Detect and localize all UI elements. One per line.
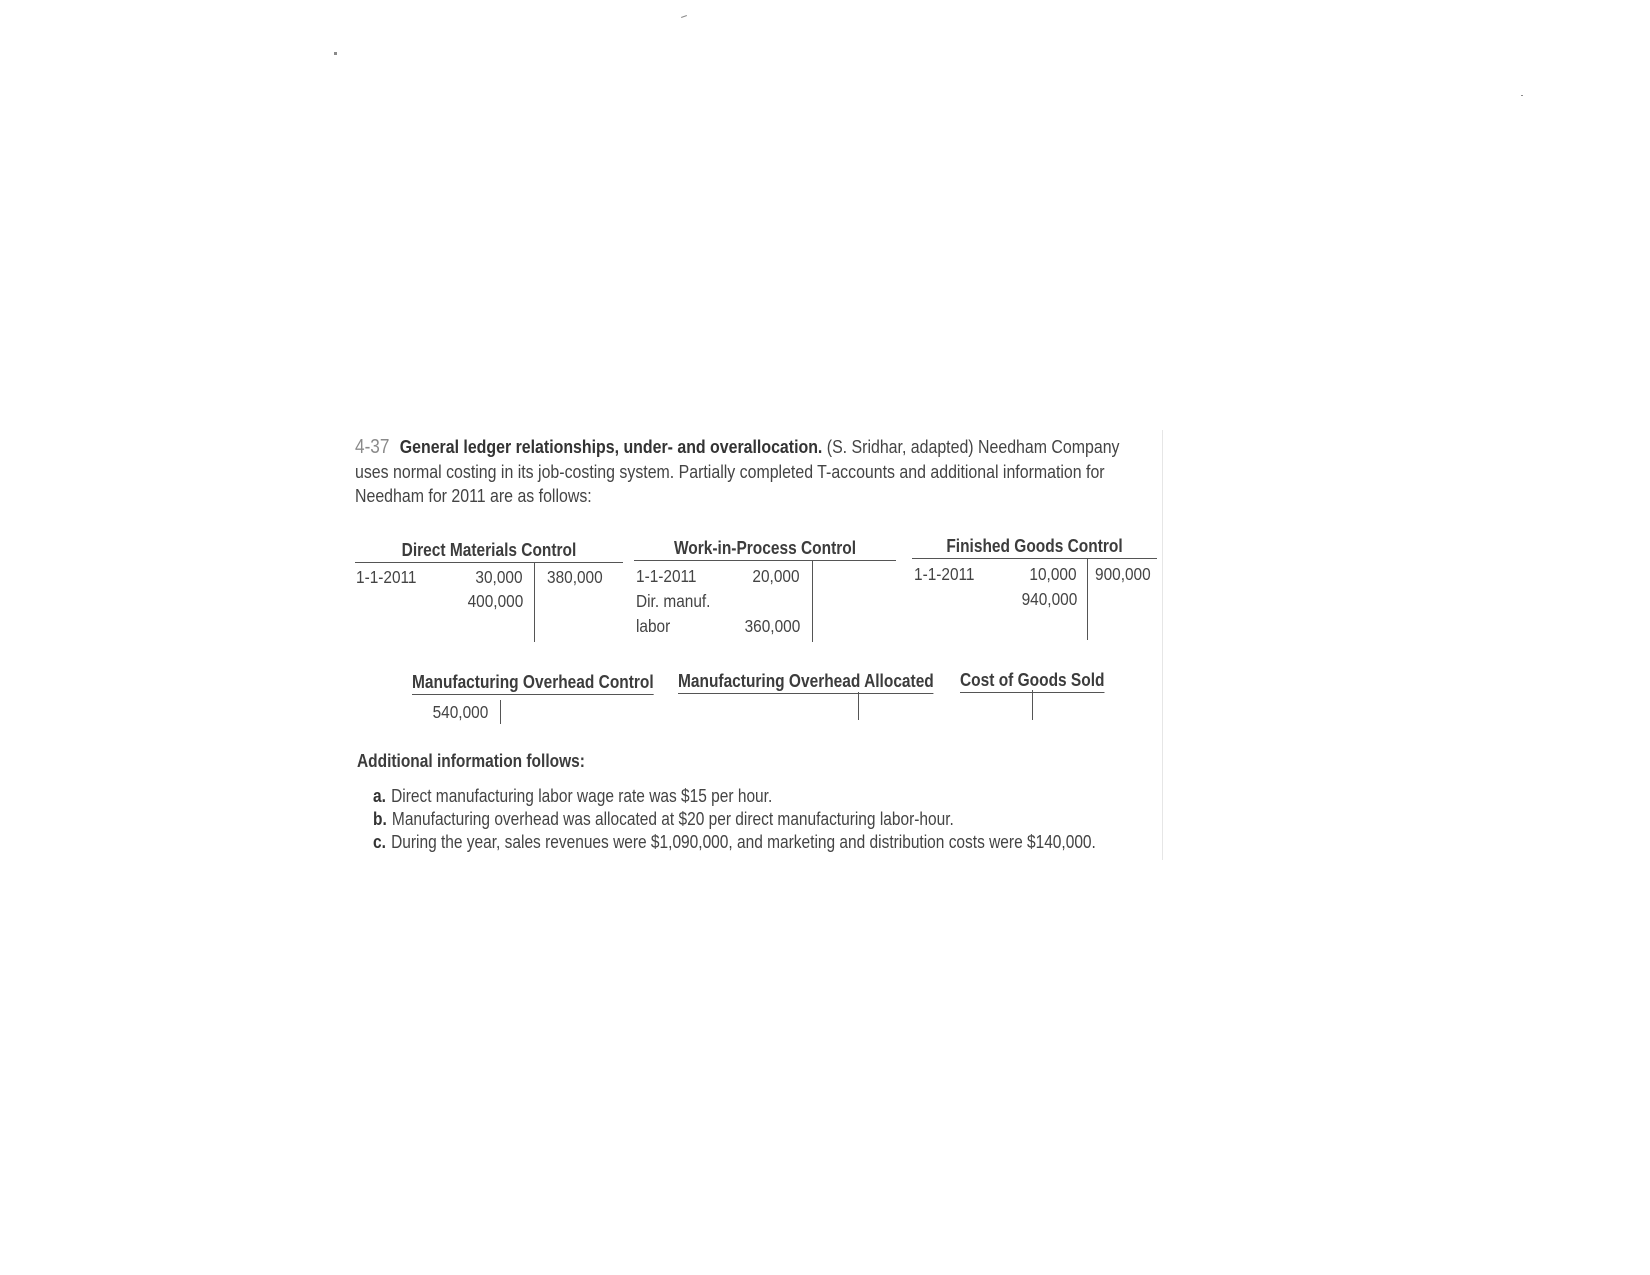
scan-speck: [681, 15, 687, 18]
account-title: Manufacturing Overhead Control: [412, 672, 654, 695]
problem-title: General ledger relationships, under- and…: [400, 436, 823, 457]
problem-number: 4-37: [355, 436, 389, 458]
account-title: Direct Materials Control: [374, 540, 604, 561]
debit-amount: 940,000: [1021, 589, 1077, 610]
info-item-c: c.During the year, sales revenues were $…: [373, 832, 1096, 853]
item-letter: b.: [373, 809, 387, 829]
debit-label: 1-1-2011: [914, 564, 975, 585]
t-account-top-line: [355, 562, 623, 563]
scan-speck: [1521, 95, 1523, 96]
problem-source: (S. Sridhar, adapted): [827, 436, 974, 457]
t-account-divider: [812, 560, 813, 642]
item-letter: a.: [373, 786, 386, 806]
t-account-divider: [1032, 690, 1033, 720]
t-account-top-line: [634, 560, 896, 561]
debit-amount: 360,000: [744, 616, 800, 637]
account-title: Work-in-Process Control: [652, 538, 877, 559]
debit-amount: 30,000: [476, 567, 523, 588]
item-letter: c.: [373, 832, 386, 852]
item-text: Manufacturing overhead was allocated at …: [392, 809, 954, 829]
intro-line-3: Needham for 2011 are as follows:: [355, 484, 1172, 509]
t-account-divider: [534, 562, 535, 642]
item-text: Direct manufacturing labor wage rate was…: [391, 786, 772, 806]
t-account-divider: [500, 700, 501, 724]
intro-company: Needham Company: [978, 436, 1119, 457]
additional-info-heading: Additional information follows:: [357, 751, 585, 772]
credit-amount: 380,000: [547, 567, 603, 588]
t-account-top-line: [912, 558, 1157, 559]
debit-label: 1-1-2011: [356, 567, 417, 588]
info-item-b: b.Manufacturing overhead was allocated a…: [373, 809, 954, 830]
intro-line-2: uses normal costing in its job-costing s…: [355, 460, 1172, 485]
problem-intro: 4-37General ledger relationships, under-…: [355, 435, 1172, 509]
t-account-divider: [1087, 558, 1088, 640]
account-title: Finished Goods Control: [929, 536, 1140, 557]
scan-speck: [334, 52, 337, 55]
t-account-divider: [858, 692, 859, 720]
credit-amount: 900,000: [1095, 564, 1151, 585]
item-text: During the year, sales revenues were $1,…: [391, 832, 1096, 852]
debit-label: Dir. manuf.: [636, 591, 710, 612]
debit-label: labor: [636, 616, 670, 637]
debit-amount: 20,000: [753, 566, 800, 587]
debit-amount: 540,000: [432, 702, 488, 723]
debit-amount: 400,000: [467, 591, 523, 612]
debit-label: 1-1-2011: [636, 566, 697, 587]
intro-line-1: 4-37General ledger relationships, under-…: [355, 435, 1172, 460]
info-item-a: a.Direct manufacturing labor wage rate w…: [373, 786, 772, 807]
debit-amount: 10,000: [1030, 564, 1077, 585]
account-title: Manufacturing Overhead Allocated: [678, 671, 934, 694]
